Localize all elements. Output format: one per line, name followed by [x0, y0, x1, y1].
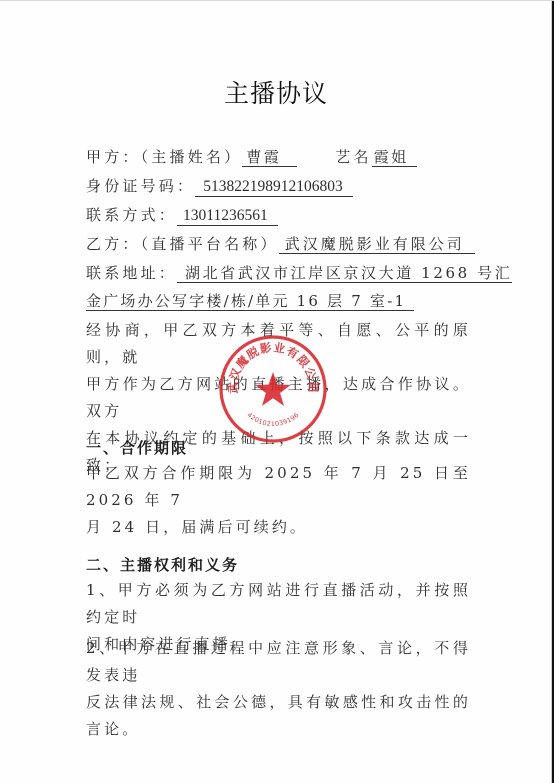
section-heading-term: 一、合作期限 [86, 437, 188, 458]
section-heading-rights: 二、主播权利和义务 [86, 554, 239, 575]
document-page: 主播协议 甲方：（主播姓名）曹霞艺名霞姐 身份证号码：5138221989121… [0, 1, 552, 783]
address-line-1: 联系地址：湖北省武汉市江岸区京汉大道 1268 号汇 [86, 263, 512, 283]
paragraph-line: 2、甲方在直播过程中应注意形象、言论，不得发表违 [86, 635, 471, 689]
party-b-name: 武汉魔脱影业有限公司 [279, 235, 475, 254]
id-number-value: 513822198912106803 [195, 178, 353, 197]
document-title: 主播协议 [0, 74, 552, 110]
document-viewer: 主播协议 甲方：（主播姓名）曹霞艺名霞姐 身份证号码：5138221989121… [0, 0, 554, 783]
party-a-line: 甲方：（主播姓名）曹霞艺名霞姐 [86, 147, 417, 167]
id-number-line: 身份证号码：513822198912106803 [86, 176, 353, 197]
paragraph-line: 甲乙双方合作期限为 2025 年 7 月 25 日至 2026 年 7 [86, 460, 471, 514]
stage-name-label: 艺名 [335, 148, 371, 166]
party-b-line: 乙方：（直播平台名称）武汉魔脱影业有限公司 [86, 234, 475, 254]
section-term-paragraph: 甲乙双方合作期限为 2025 年 7 月 25 日至 2026 年 7 月 24… [86, 460, 471, 541]
contact-value: 13011236561 [177, 207, 278, 226]
stage-name-value: 霞姐 [372, 148, 417, 167]
paragraph-line: 反法律法规、社会公德，具有敏感性和攻击性的言论。 [86, 689, 471, 743]
id-number-label: 身份证号码： [86, 177, 195, 195]
party-a-label: 甲方：（主播姓名） [86, 148, 242, 166]
preamble-line: 经协商，甲乙双方本着平等、自愿、公平的原则，就 [86, 317, 471, 371]
paragraph-line: 1、甲方必须为乙方网站进行直播活动，并按照约定时 [86, 577, 471, 631]
contact-line: 联系方式：13011236561 [86, 205, 278, 226]
address-label: 联系地址： [86, 264, 177, 282]
party-a-name: 曹霞 [242, 148, 297, 167]
contact-label: 联系方式： [86, 206, 177, 224]
address-value-1: 湖北省武汉市江岸区京汉大道 1268 号汇 [177, 264, 512, 283]
address-value-2: 金广场办公写字楼/栋/单元 16 层 7 室-1 [86, 292, 414, 311]
section-rights-paragraph-2: 2、甲方在直播过程中应注意形象、言论，不得发表违 反法律法规、社会公德，具有敏感… [86, 635, 471, 743]
preamble-line: 甲方作为乙方网站的直播主播，达成合作协议。双方 [86, 371, 471, 425]
address-line-2: 金广场办公写字楼/栋/单元 16 层 7 室-1 [86, 291, 414, 311]
paragraph-line: 月 24 日，届满后可续约。 [86, 514, 471, 541]
party-b-label: 乙方：（直播平台名称） [86, 235, 279, 253]
